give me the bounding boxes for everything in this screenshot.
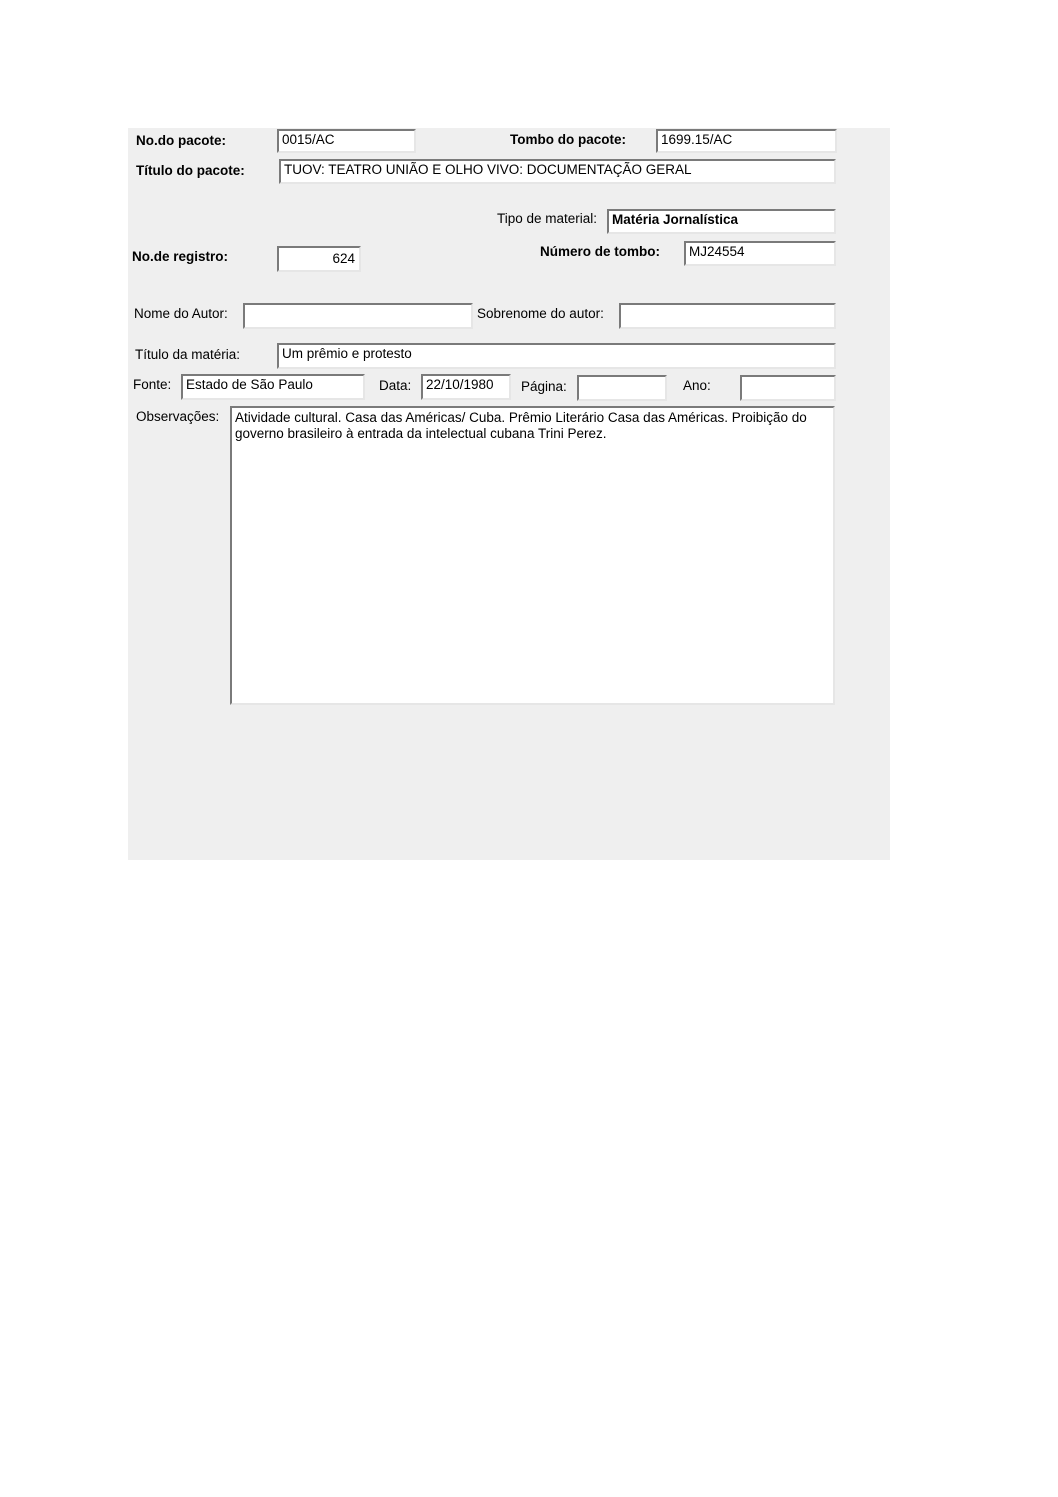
material-type-field[interactable]: Matéria Jornalística (607, 209, 836, 234)
author-last-name-field[interactable] (619, 303, 836, 329)
year-label: Ano: (683, 378, 711, 394)
author-last-name-label: Sobrenome do autor: (477, 306, 604, 322)
package-number-field[interactable]: 0015/AC (277, 129, 416, 153)
page-field[interactable] (577, 375, 667, 401)
article-title-label: Título da matéria: (135, 347, 240, 363)
registry-number-label: No.de registro: (132, 249, 228, 265)
article-title-field[interactable]: Um prêmio e protesto (277, 343, 836, 369)
notes-label: Observações: (136, 409, 219, 425)
package-tombo-label: Tombo do pacote: (510, 132, 626, 148)
package-number-label: No.do pacote: (136, 133, 226, 149)
author-first-name-label: Nome do Autor: (134, 306, 228, 322)
source-field[interactable]: Estado de São Paulo (181, 374, 365, 400)
material-type-label: Tipo de material: (497, 211, 597, 227)
package-title-label: Título do pacote: (136, 163, 245, 179)
year-field[interactable] (740, 375, 836, 401)
date-label: Data: (379, 378, 411, 394)
page-label: Página: (521, 379, 567, 395)
registry-number-field[interactable]: 624 (277, 246, 361, 272)
date-field[interactable]: 22/10/1980 (421, 374, 511, 400)
package-title-field[interactable]: TUOV: TEATRO UNIÃO E OLHO VIVO: DOCUMENT… (279, 159, 836, 184)
source-label: Fonte: (133, 377, 171, 393)
notes-textarea[interactable]: Atividade cultural. Casa das Américas/ C… (230, 406, 835, 705)
tombo-number-label: Número de tombo: (540, 244, 660, 260)
package-tombo-field[interactable]: 1699.15/AC (656, 129, 837, 153)
tombo-number-field[interactable]: MJ24554 (684, 241, 836, 266)
author-first-name-field[interactable] (243, 303, 473, 329)
